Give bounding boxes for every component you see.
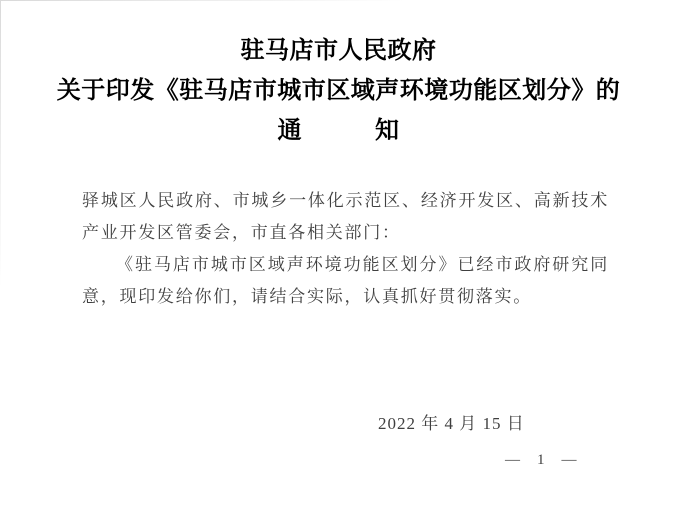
- notice-word-right-char: 知: [375, 111, 400, 151]
- notice-word-left-char: 通: [278, 111, 303, 151]
- page-number-left-dash: —: [505, 451, 520, 469]
- notice-title-subject: 关于印发《驻马店市城市区域声环境功能区划分》的: [0, 71, 677, 111]
- addressees-paragraph: 驿城区人民政府、市城乡一体化示范区、经济开发区、高新技术产业开发区管委会，市直各…: [82, 185, 609, 249]
- document-page: 驻马店市人民政府 关于印发《驻马店市城市区域声环境功能区划分》的 通 知 驿城区…: [0, 0, 677, 524]
- notice-title-issuer: 驻马店市人民政府: [0, 31, 677, 71]
- page-top-edge-line: [0, 0, 406, 1]
- issue-date: 2022 年 4 月 15 日: [378, 409, 525, 434]
- notice-title-word: 通 知: [0, 111, 677, 151]
- page-number: 1: [537, 451, 545, 469]
- page-number-right-dash: —: [562, 451, 577, 469]
- main-paragraph: 《驻马店市城市区域声环境功能区划分》已经市政府研究同意，现印发给你们，请结合实际…: [82, 249, 609, 313]
- page-number-footer: — 1 —: [505, 451, 577, 469]
- notice-body: 驿城区人民政府、市城乡一体化示范区、经济开发区、高新技术产业开发区管委会，市直各…: [82, 185, 609, 313]
- notice-title: 驻马店市人民政府 关于印发《驻马店市城市区域声环境功能区划分》的 通 知: [0, 31, 677, 151]
